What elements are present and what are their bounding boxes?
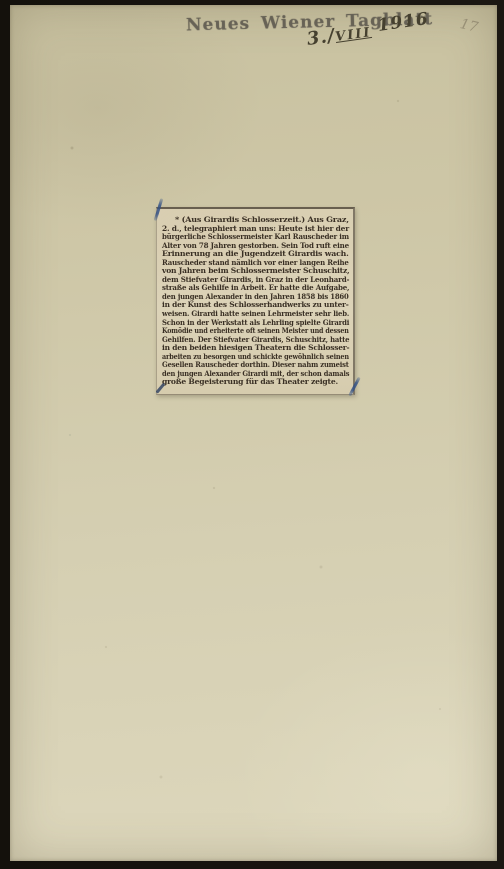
scan-photo: Neues Wiener Tagblatt 3./VIII 1916 17 * … [0,0,504,869]
clipping-text: * (Aus Girardis Schlosserzeit.) Aus Graz… [162,216,349,387]
document-page: Neues Wiener Tagblatt 3./VIII 1916 17 * … [10,5,497,861]
date-day: 3./ [306,25,337,50]
folio-number: 17 [458,16,479,36]
clipping-line: große Begeisterung für das Theater zeigt… [162,378,349,387]
date-month: VIII [334,25,372,45]
news-clipping: * (Aus Girardis Schlosserzeit.) Aus Graz… [156,207,355,395]
